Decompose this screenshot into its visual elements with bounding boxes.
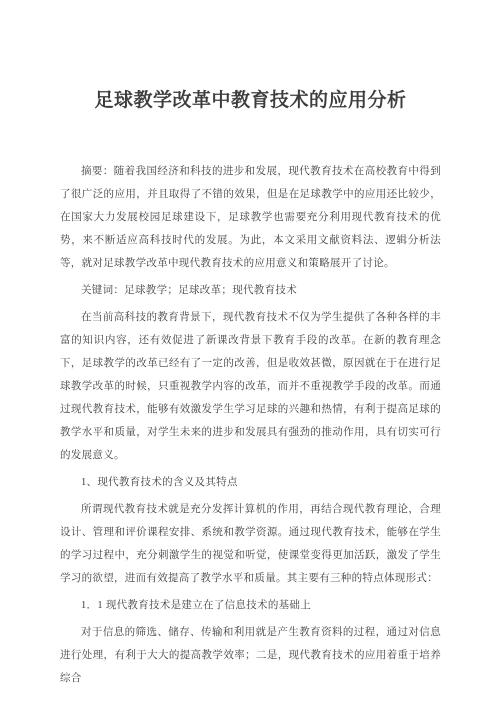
subsection-1-1-paragraph: 对于信息的筛选、储存、传输和利用就是产生教育资料的过程，通过对信息进行处理，有利… bbox=[60, 621, 441, 690]
section-1-heading: 1、现代教育技术的含义及其特点 bbox=[60, 471, 441, 494]
intro-paragraph: 在当前高科技的教育背景下，现代教育技术不仅为学生提供了各种各样的丰富的知识内容，… bbox=[60, 306, 441, 467]
keywords-line: 关键词：足球教学；足球改革；现代教育技术 bbox=[60, 279, 441, 302]
subsection-1-1-heading: 1．1 现代教育技术是建立在了信息技术的基础上 bbox=[60, 594, 441, 617]
section-1-paragraph: 所谓现代教育技术就是充分发挥计算机的作用，再结合现代教育理论，合理设计、管理和评… bbox=[60, 498, 441, 590]
paper-title: 足球教学改革中教育技术的应用分析 bbox=[60, 88, 441, 114]
document-page: 足球教学改革中教育技术的应用分析 摘要：随着我国经济和科技的进步和发展，现代教育… bbox=[0, 0, 500, 707]
abstract-paragraph: 摘要：随着我国经济和科技的进步和发展，现代教育技术在高校教育中得到了很广泛的应用… bbox=[60, 160, 441, 275]
